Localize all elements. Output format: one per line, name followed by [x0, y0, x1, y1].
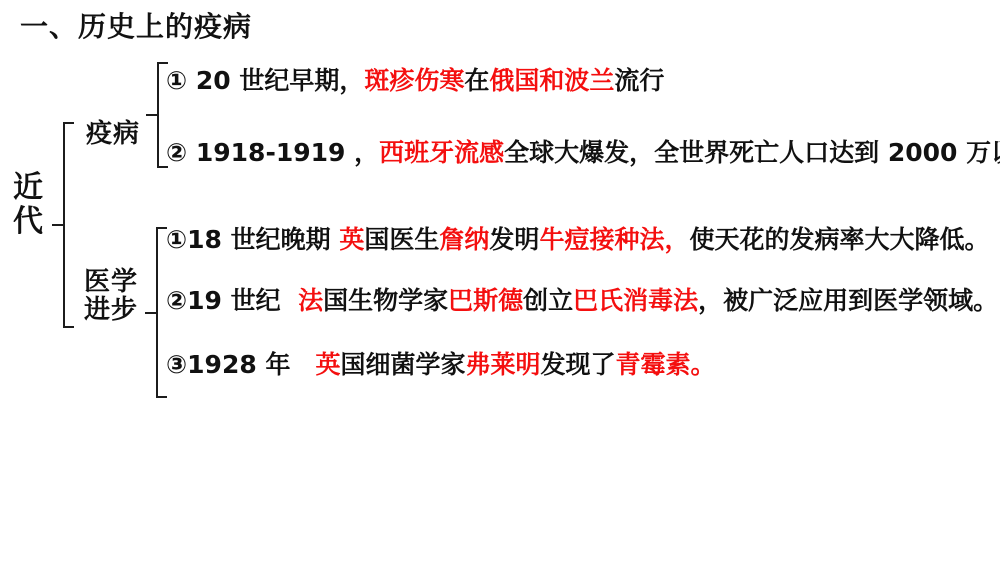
highlight-text: 俄国和波兰: [489, 66, 614, 95]
slide: 一、历史上的疫病 近代 疫病 医学进步 ① 20 世纪早期，斑疹伤寒在俄国和波兰…: [0, 0, 1000, 563]
epidemics-item-1: ① 20 世纪早期，斑疹伤寒在俄国和波兰流行: [166, 66, 664, 96]
highlight-text: 西班牙流感: [379, 138, 504, 167]
branch-label-medical-progress: 医学进步: [84, 268, 142, 324]
medical-bracket-tick: [145, 312, 156, 314]
page-title: 一、历史上的疫病: [20, 5, 252, 45]
branch-label-epidemics: 疫病: [86, 120, 146, 148]
plain-text: 国细菌学家: [340, 350, 465, 379]
plain-text: 国医生: [364, 225, 439, 254]
plain-text: 国生物学家: [323, 286, 448, 315]
highlight-text: 牛痘接种法，: [539, 225, 689, 254]
plain-text: ① 20 世纪早期，: [166, 66, 364, 95]
plain-text: ①18 世纪晚期: [166, 225, 339, 254]
plain-text: 使天花的发病率大大降低。: [689, 225, 989, 254]
plain-text: 在: [464, 66, 489, 95]
highlight-text: 弗莱明: [465, 350, 540, 379]
medical-item-1: ①18 世纪晚期 英国医生詹纳发明牛痘接种法，使天花的发病率大大降低。: [166, 225, 989, 255]
epidemics-bracket-tick: [146, 114, 157, 116]
era-label: 近代: [11, 171, 45, 239]
medical-item-2: ②19 世纪 法国生物学家巴斯德创立巴氏消毒法，被广泛应用到医学领域。: [166, 286, 998, 316]
highlight-text: 法: [298, 286, 323, 315]
plain-text: ③1928 年: [166, 350, 315, 379]
highlight-text: 英: [315, 350, 340, 379]
main-bracket-tick: [52, 224, 63, 226]
highlight-text: 英: [339, 225, 364, 254]
plain-text: 流行: [614, 66, 664, 95]
plain-text: ，被广泛应用到医学领域。: [698, 286, 998, 315]
plain-text: 发明: [489, 225, 539, 254]
plain-text: 发现了: [541, 350, 616, 379]
highlight-text: 斑疹伤寒: [364, 66, 464, 95]
main-bracket: [63, 122, 77, 328]
medical-item-3: ③1928 年 英国细菌学家弗莱明发现了青霉素。: [166, 350, 716, 380]
plain-text: 创立: [523, 286, 573, 315]
plain-text: ②19 世纪: [166, 286, 298, 315]
highlight-text: 青霉素。: [616, 350, 716, 379]
plain-text: ② 1918-1919 ，: [166, 138, 379, 167]
highlight-text: 詹纳: [439, 225, 489, 254]
epidemics-item-2: ② 1918-1919 ，西班牙流感全球大爆发，全世界死亡人口达到 2000 万…: [166, 138, 1000, 168]
highlight-text: 巴斯德: [448, 286, 523, 315]
highlight-text: 巴氏消毒法: [573, 286, 698, 315]
plain-text: 全球大爆发，全世界死亡人口达到 2000 万以上。: [504, 138, 1000, 167]
